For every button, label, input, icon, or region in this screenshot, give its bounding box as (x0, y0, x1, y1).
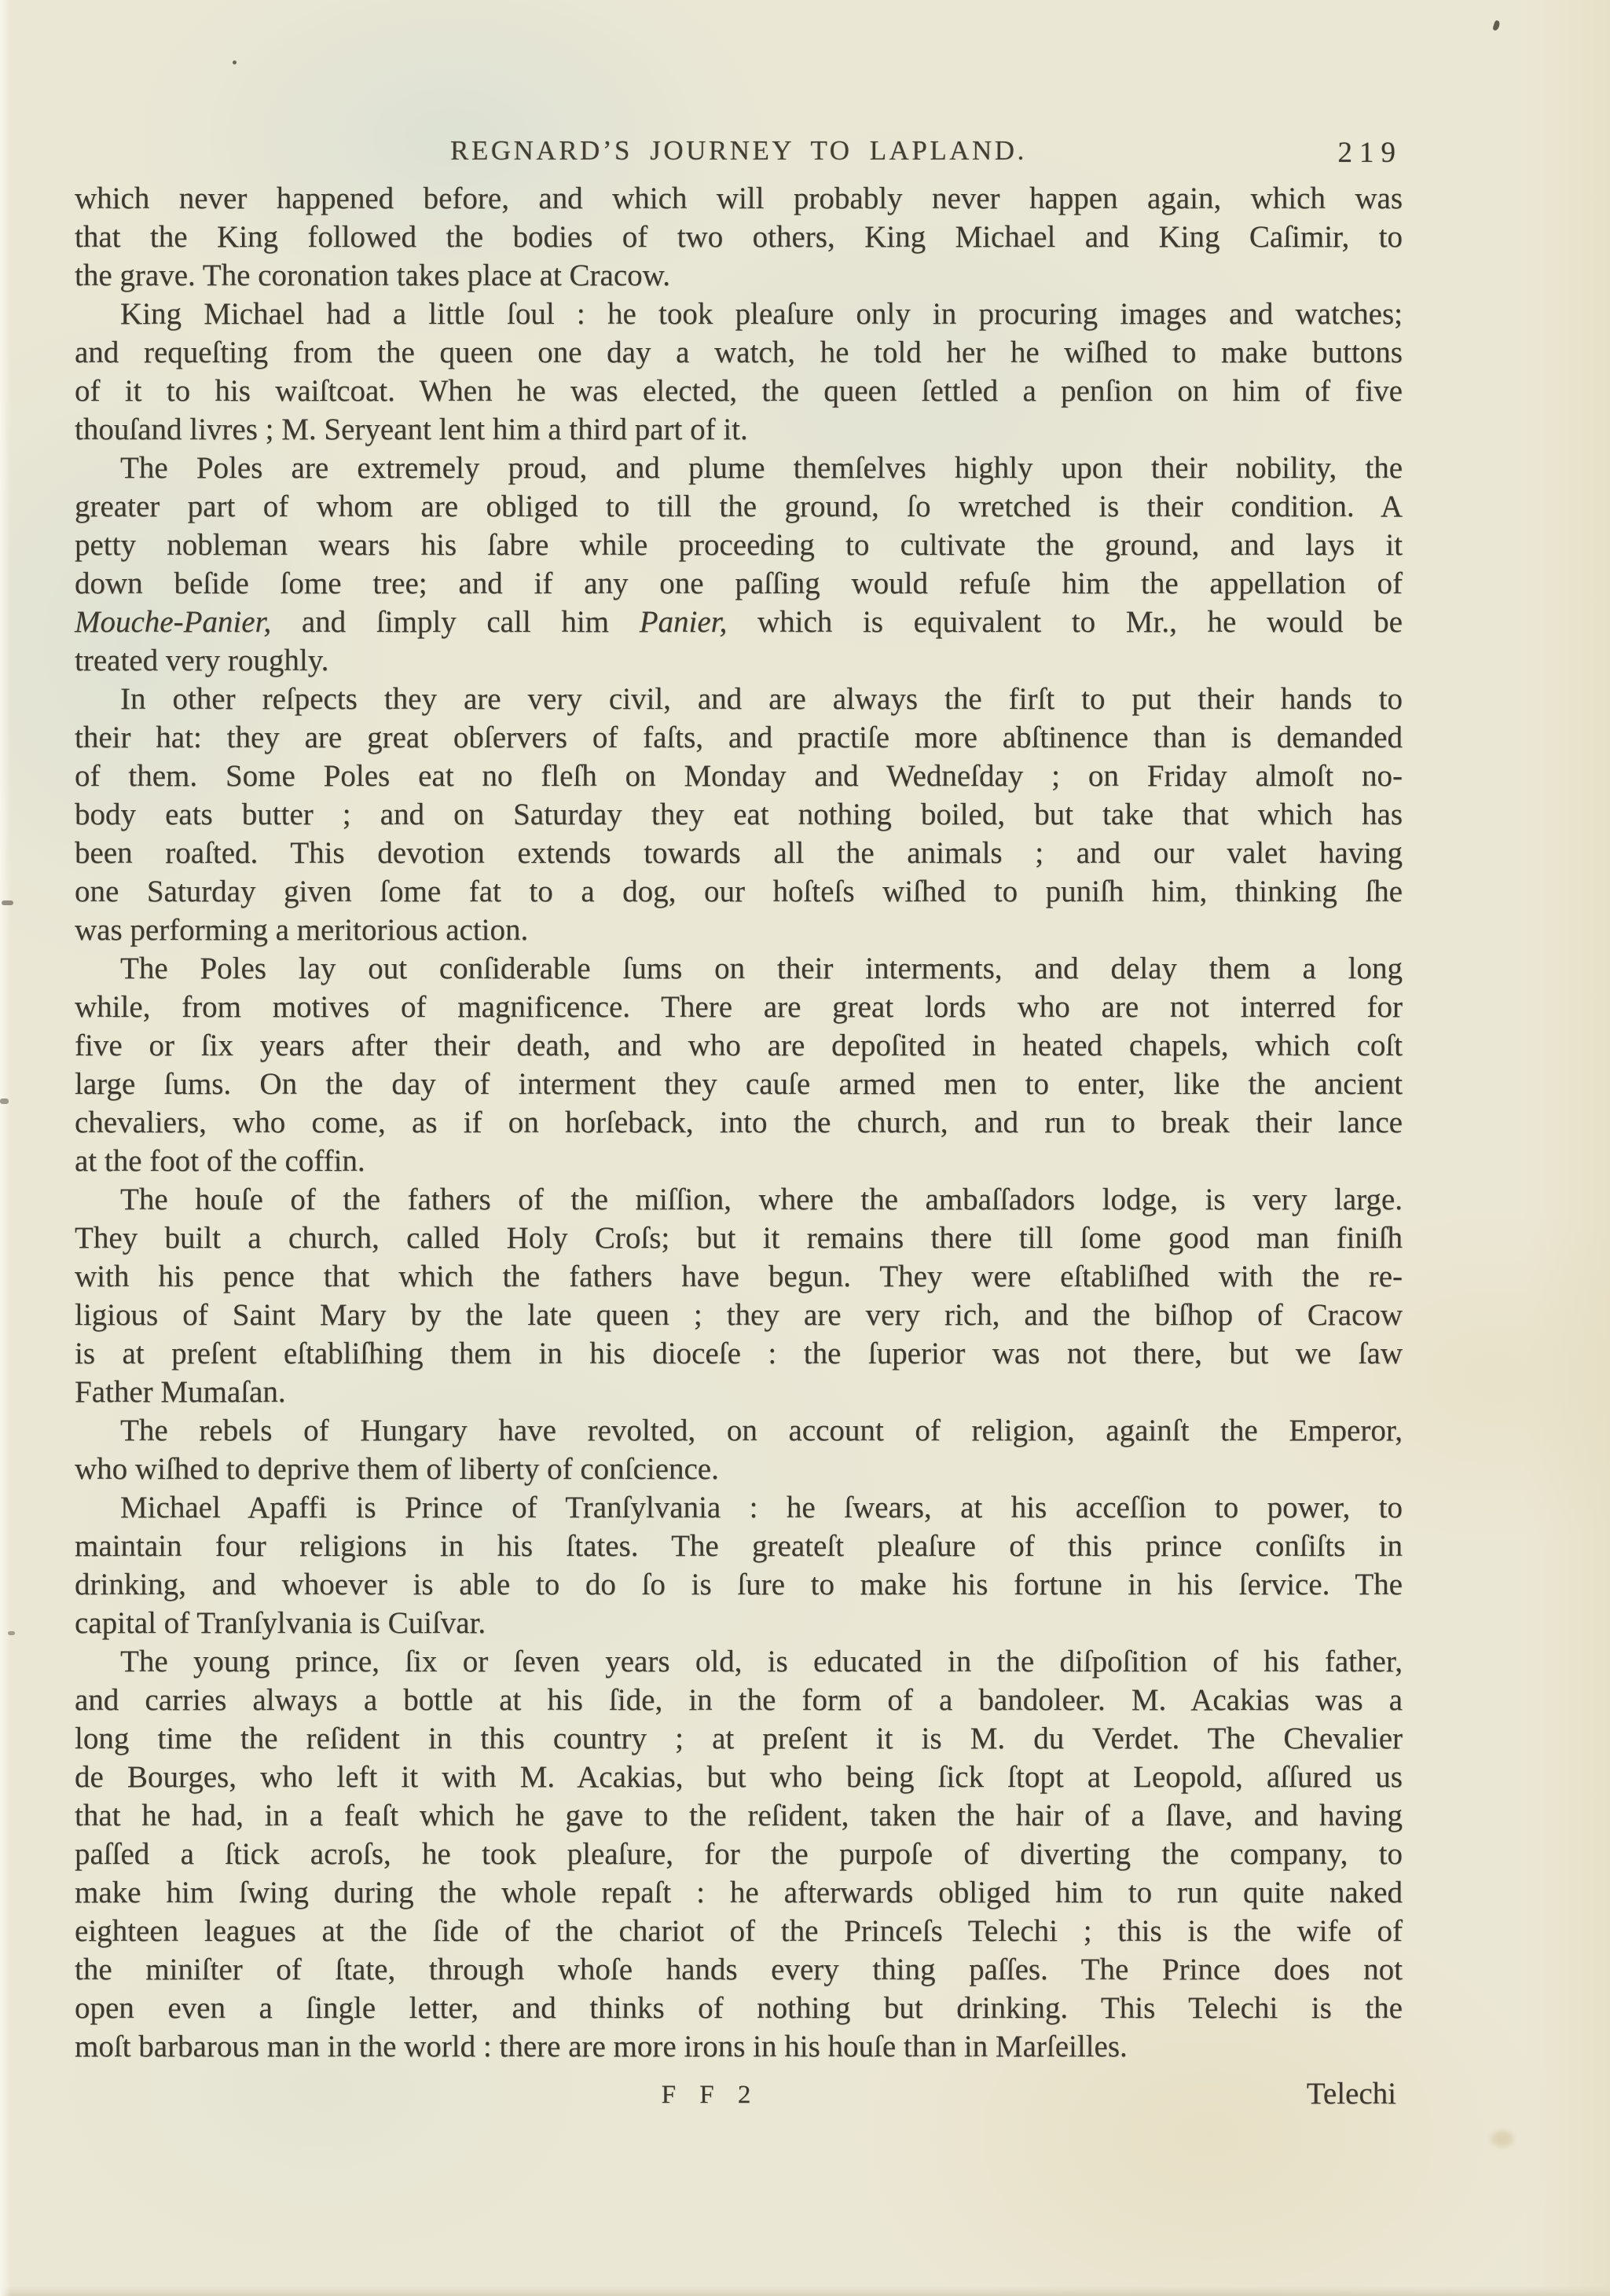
plain-text: which is equivalent to Mr., he would be (727, 605, 1403, 639)
text-line: while, from motives of magnificence. The… (75, 988, 1403, 1026)
text-line: paſſed a ſtick acroſs, he took pleaſure,… (75, 1835, 1403, 1873)
text-line: make him ſwing during the whole repaſt :… (75, 1873, 1403, 1912)
text-line: The young prince, ſix or ſeven years old… (75, 1642, 1403, 1681)
paragraph: King Michael had a little ſoul : he took… (75, 295, 1403, 449)
text-line: of it to his waiſtcoat. When he was elec… (75, 372, 1403, 410)
text-line: large ſums. On the day of interment they… (75, 1065, 1403, 1103)
text-line: is at preſent eſtabliſhing them in his d… (75, 1334, 1403, 1373)
text-line: Father Mumaſan. (75, 1373, 1403, 1411)
text-line: one Saturday given ſome fat to a dog, ou… (75, 872, 1403, 911)
paragraph: The Poles are extremely proud, and plume… (75, 449, 1403, 680)
running-title: REGNARD’S JOURNEY TO LAPLAND. (75, 135, 1403, 167)
ink-speck (0, 1098, 9, 1104)
text-line: which never happened before, and which w… (75, 179, 1403, 218)
text-line: that the King followed the bodies of two… (75, 218, 1403, 256)
text-line: and requeſting from the queen one day a … (75, 333, 1403, 372)
paragraph: The rebels of Hungary have revolted, on … (75, 1411, 1403, 1488)
text-line: maintain four religions in his ſtates. T… (75, 1527, 1403, 1565)
text-line: been roaſted. This devotion extends towa… (75, 834, 1403, 872)
page-footer: F F 2 Telechi (75, 2076, 1403, 2120)
italic-text: Panier, (640, 605, 728, 639)
text-line: open even a ſingle letter, and thinks of… (75, 1989, 1403, 2027)
text-line: The Poles are extremely proud, and plume… (75, 449, 1403, 487)
text-line: They built a church, called Holy Croſs; … (75, 1219, 1403, 1257)
text-line: of them. Some Poles eat no fleſh on Mond… (75, 757, 1403, 795)
text-line: and carries always a bottle at his ſide,… (75, 1681, 1403, 1719)
ink-speck (8, 1631, 15, 1635)
text-line: at the foot of the coffin. (75, 1142, 1403, 1180)
text-line: King Michael had a little ſoul : he took… (75, 295, 1403, 333)
text-line: The houſe of the fathers of the miſſion,… (75, 1180, 1403, 1219)
text-line: greater part of whom are obliged to till… (75, 487, 1403, 526)
text-line: that he had, in a feaſt which he gave to… (75, 1796, 1403, 1835)
text-line: The rebels of Hungary have revolted, on … (75, 1411, 1403, 1450)
text-line: In other reſpects they are very civil, a… (75, 680, 1403, 718)
text-line: treated very roughly. (75, 641, 1403, 680)
page-header: REGNARD’S JOURNEY TO LAPLAND. 219 (75, 135, 1403, 173)
text-line: ligious of Saint Mary by the late queen … (75, 1296, 1403, 1334)
ink-speck (2, 900, 13, 905)
text-line: was performing a meritorious action. (75, 911, 1403, 949)
paragraph: In other reſpects they are very civil, a… (75, 680, 1403, 949)
paragraph: The Poles lay out conſiderable ſums on t… (75, 949, 1403, 1180)
text-line: Mouche-Panier, and ſimply call him Panie… (75, 603, 1403, 641)
text-line: moſt barbarous man in the world : there … (75, 2027, 1403, 2066)
text-line: down beſide ſome tree; and if any one pa… (75, 564, 1403, 603)
signature-mark: F F 2 (12, 2081, 1403, 2110)
text-line: Michael Apaffi is Prince of Tranſylvania… (75, 1488, 1403, 1527)
paper-stain (1491, 2131, 1513, 2147)
text-line: chevaliers, who come, as if on horſeback… (75, 1103, 1403, 1142)
catchword: Telechi (1307, 2076, 1396, 2111)
plain-text: and ſimply call him (271, 605, 640, 639)
text-line: body eats butter ; and on Saturday they … (75, 795, 1403, 834)
text-line: drinking, and whoever is able to do ſo i… (75, 1565, 1403, 1604)
italic-text: Mouche-Panier, (75, 605, 271, 639)
ink-speck (1492, 20, 1501, 31)
text-line: long time the reſident in this country ;… (75, 1719, 1403, 1758)
paragraph: which never happened before, and which w… (75, 179, 1403, 295)
text-line: with his pence that which the fathers ha… (75, 1257, 1403, 1296)
text-line: eighteen leagues at the ſide of the char… (75, 1912, 1403, 1950)
ink-speck (233, 61, 237, 64)
text-line: de Bourges, who left it with M. Acakias,… (75, 1758, 1403, 1796)
paragraph: The young prince, ſix or ſeven years old… (75, 1642, 1403, 2066)
text-line: capital of Tranſylvania is Cuiſvar. (75, 1604, 1403, 1642)
text-line: the miniſter of ſtate, through whoſe han… (75, 1950, 1403, 1989)
text-line: thouſand livres ; M. Seryeant lent him a… (75, 410, 1403, 449)
text-line: their hat: they are great obſervers of f… (75, 718, 1403, 757)
paragraph: Michael Apaffi is Prince of Tranſylvania… (75, 1488, 1403, 1642)
text-line: petty nobleman wears his ſabre while pro… (75, 526, 1403, 564)
paragraph: The houſe of the fathers of the miſſion,… (75, 1180, 1403, 1411)
text-line: who wiſhed to deprive them of liberty of… (75, 1450, 1403, 1488)
page-number: 219 (1338, 136, 1403, 170)
text-line: the grave. The coronation takes place at… (75, 256, 1403, 295)
body-text: which never happened before, and which w… (75, 179, 1403, 2066)
book-page: REGNARD’S JOURNEY TO LAPLAND. 219 which … (0, 0, 1610, 2296)
text-line: The Poles lay out conſiderable ſums on t… (75, 949, 1403, 988)
text-line: five or ſix years after their death, and… (75, 1026, 1403, 1065)
